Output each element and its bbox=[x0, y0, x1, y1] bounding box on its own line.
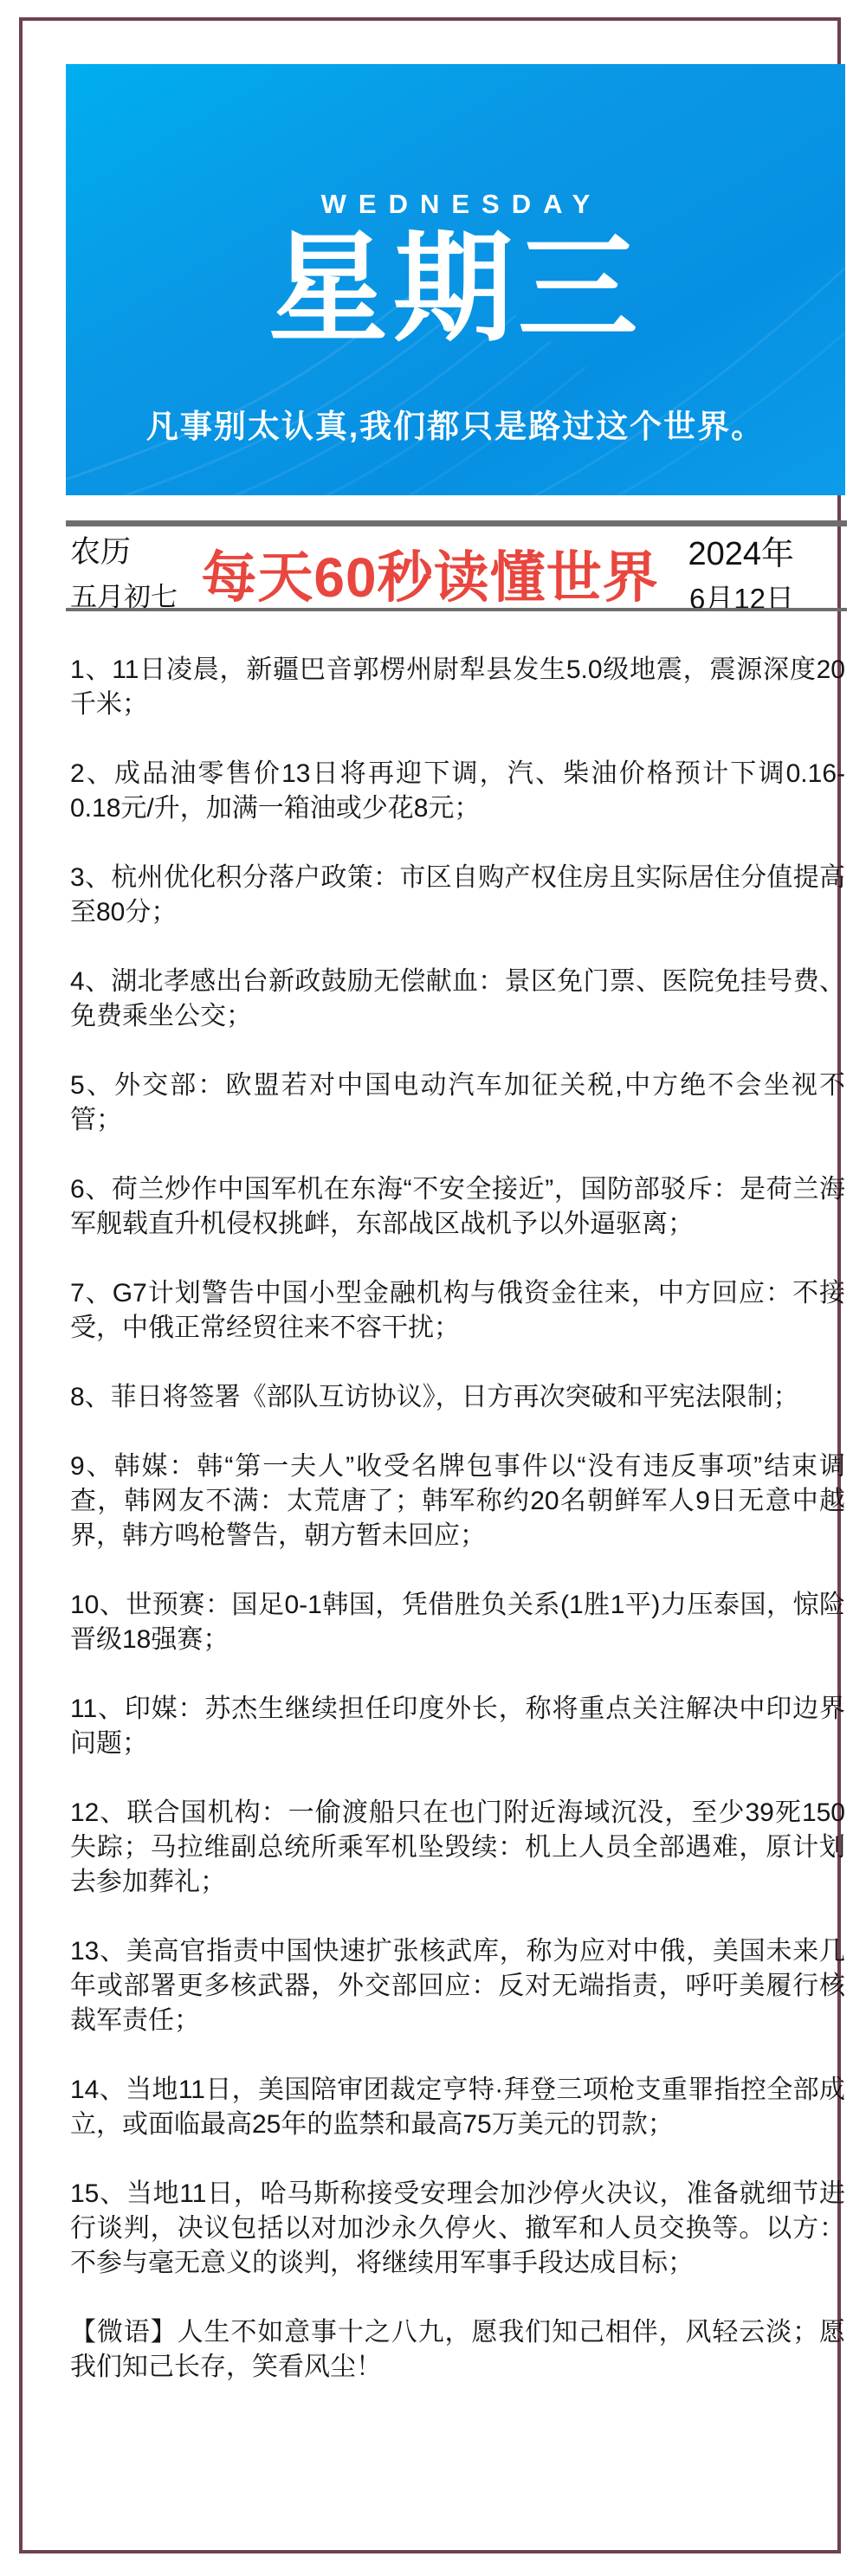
news-item: 12、联合国机构：一偷渡船只在也门附近海域沉没，至少39死150失踪；马拉维副总… bbox=[70, 1796, 845, 1900]
weekday-english-label: WEDNESDAY bbox=[66, 189, 845, 220]
news-item: 14、当地11日，美国陪审团裁定亨特·拜登三项枪支重罪指控全部成立，或面临最高2… bbox=[70, 2073, 845, 2142]
news-item: 15、当地11日，哈马斯称接受安理会加沙停火决议，准备就细节进行谈判，决议包括以… bbox=[70, 2177, 845, 2281]
news-item: 6、荷兰炒作中国军机在东海“不安全接近”，国防部驳斥：是荷兰海军舰载直升机侵权挑… bbox=[70, 1172, 845, 1242]
banner-quote: 凡事别太认真,我们都只是路过这个世界。 bbox=[66, 400, 845, 447]
news-item: 13、美高官指责中国快速扩张核武库，称为应对中俄，美国未来几年或部署更多核武器，… bbox=[70, 1934, 845, 2038]
news-item: 11、印媒：苏杰生继续担任印度外长，称将重点关注解决中印边界问题； bbox=[70, 1692, 845, 1761]
news-item: 2、成品油零售价13日将再迎下调，汽、柴油价格预计下调0.16-0.18元/升，… bbox=[70, 757, 845, 826]
header-bottom-rule bbox=[66, 608, 847, 611]
page-border-frame: WEDNESDAY 星期三 凡事别太认真,我们都只是路过这个世界。 农历 五月初… bbox=[19, 17, 841, 2553]
news-item: 4、湖北孝感出台新政鼓励无偿献血：景区免门票、医院免挂号费、免费乘坐公交； bbox=[70, 965, 845, 1034]
news-item: 5、外交部：欧盟若对中国电动汽车加征关税,中方绝不会坐视不管； bbox=[70, 1068, 845, 1138]
news-item: 1、11日凌晨，新疆巴音郭楞州尉犁县发生5.0级地震，震源深度20千米； bbox=[70, 653, 845, 722]
weekday-banner: WEDNESDAY 星期三 凡事别太认真,我们都只是路过这个世界。 bbox=[66, 64, 845, 495]
page-title: 每天60秒读懂世界 bbox=[23, 533, 837, 613]
news-list: 1、11日凌晨，新疆巴音郭楞州尉犁县发生5.0级地震，震源深度20千米； 2、成… bbox=[70, 653, 845, 2385]
header-top-rule bbox=[66, 520, 847, 526]
news-item: 7、G7计划警告中国小型金融机构与俄资金往来，中方回应：不接受，中俄正常经贸往来… bbox=[70, 1276, 845, 1346]
news-item: 10、世预赛：国足0-1韩国，凭借胜负关系(1胜1平)力压泰国，惊险晋级18强赛… bbox=[70, 1588, 845, 1657]
news-item: 8、菲日将签署《部队互访协议》，日方再次突破和平宪法限制； bbox=[70, 1380, 845, 1415]
weekday-chinese-title: 星期三 bbox=[66, 218, 845, 362]
weiyu-quote: 【微语】人生不如意事十之八九，愿我们知己相伴，风轻云淡；愿我们知己长存，笑看风尘… bbox=[70, 2315, 845, 2385]
news-item: 3、杭州优化积分落户政策：市区自购产权住房且实际居住分值提高至80分； bbox=[70, 861, 845, 930]
news-item: 9、韩媒：韩“第一夫人”收受名牌包事件以“没有违反事项”结束调查，韩网友不满：太… bbox=[70, 1449, 845, 1553]
